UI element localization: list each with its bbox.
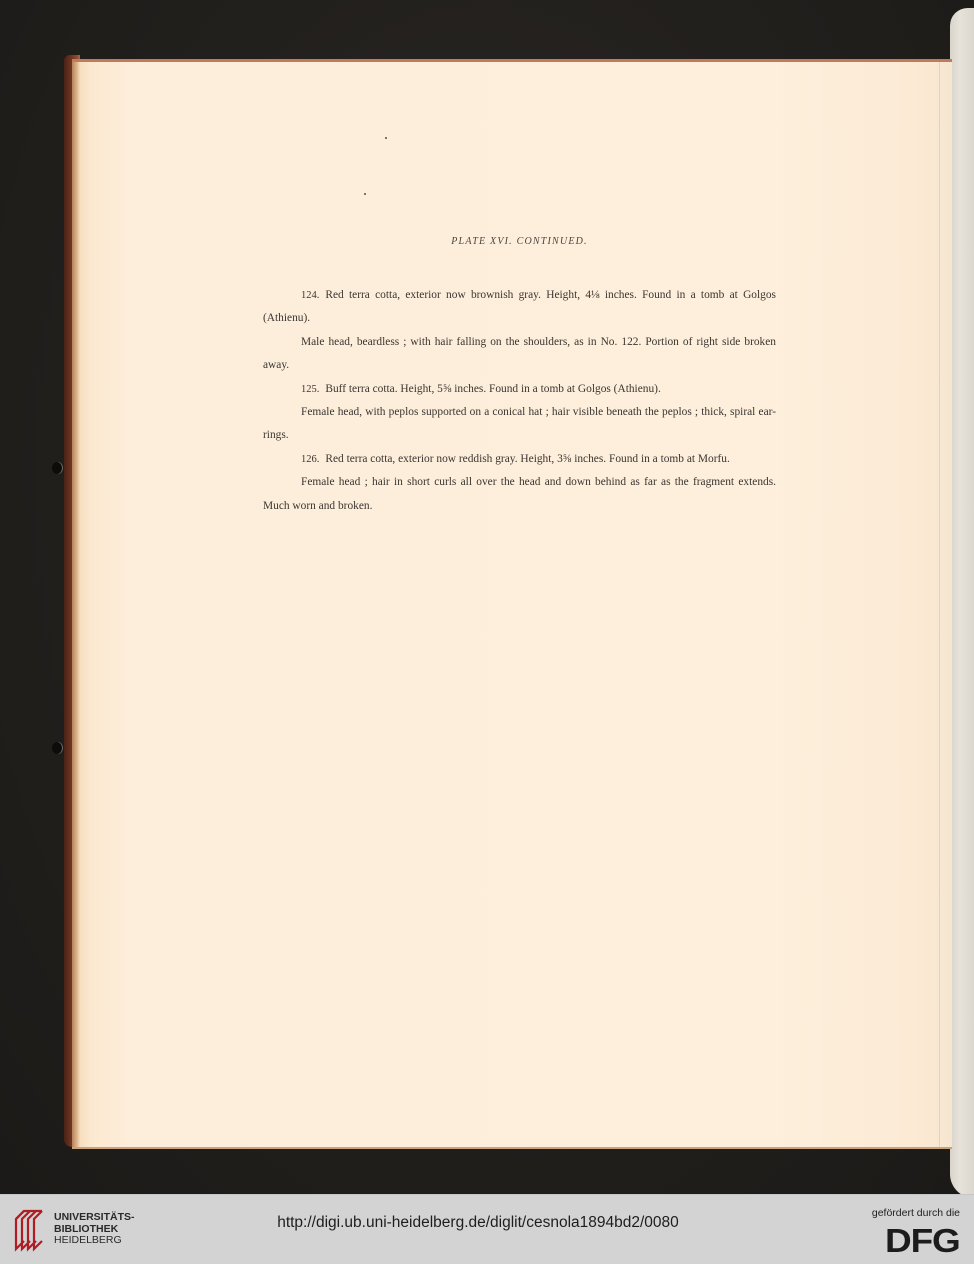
paragraph-text: Female head, with peplos supported on a … — [263, 406, 776, 441]
permalink-url[interactable]: http://digi.ub.uni-heidelberg.de/diglit/… — [0, 1214, 974, 1232]
footer-bar: UNIVERSITÄTS- BIBLIOTHEK HEIDELBERG http… — [0, 1194, 974, 1264]
page-gutter-shadow — [72, 62, 80, 1147]
binding-marker — [52, 462, 62, 474]
library-name-line: HEIDELBERG — [54, 1235, 135, 1247]
funded-by-label: gefördert durch die — [872, 1207, 960, 1219]
paragraph-text: Red terra cotta, exterior now brownish g… — [263, 289, 776, 324]
scan-background: PLATE XVI. CONTINUED. 124.Red terra cott… — [0, 0, 974, 1194]
paragraph-text: Red terra cotta, exterior now reddish gr… — [325, 453, 729, 465]
entry-paragraph: 126.Red terra cotta, exterior now reddis… — [263, 448, 776, 471]
entry-number: 126. — [301, 454, 319, 465]
entry-number: 124. — [301, 290, 319, 301]
description-paragraph: Male head, beardless ; with hair falling… — [263, 331, 776, 378]
book-page — [72, 59, 952, 1149]
running-head: PLATE XVI. CONTINUED. — [263, 234, 776, 250]
paragraph-text: Male head, beardless ; with hair falling… — [263, 336, 776, 371]
entry-paragraph: 124.Red terra cotta, exterior now browni… — [263, 284, 776, 331]
entry-paragraph: 125.Buff terra cotta. Height, 5⅝ inches.… — [263, 378, 776, 401]
description-paragraph: Female head, with peplos supported on a … — [263, 401, 776, 448]
paragraph-text: Female head ; hair in short curls all ov… — [263, 476, 776, 511]
binding-marker — [52, 742, 62, 754]
paragraph-text: Buff terra cotta. Height, 5⅝ inches. Fou… — [325, 383, 660, 395]
facing-page-edge — [950, 8, 974, 1198]
page-text: PLATE XVI. CONTINUED. 124.Red terra cott… — [263, 234, 776, 518]
entry-number: 125. — [301, 384, 319, 395]
permalink-text[interactable]: http://digi.ub.uni-heidelberg.de/diglit/… — [277, 1214, 679, 1231]
dfg-logo[interactable]: DFG — [885, 1225, 960, 1257]
paper-speck — [385, 137, 387, 139]
description-paragraph: Female head ; hair in short curls all ov… — [263, 471, 776, 518]
paper-speck — [364, 193, 366, 195]
